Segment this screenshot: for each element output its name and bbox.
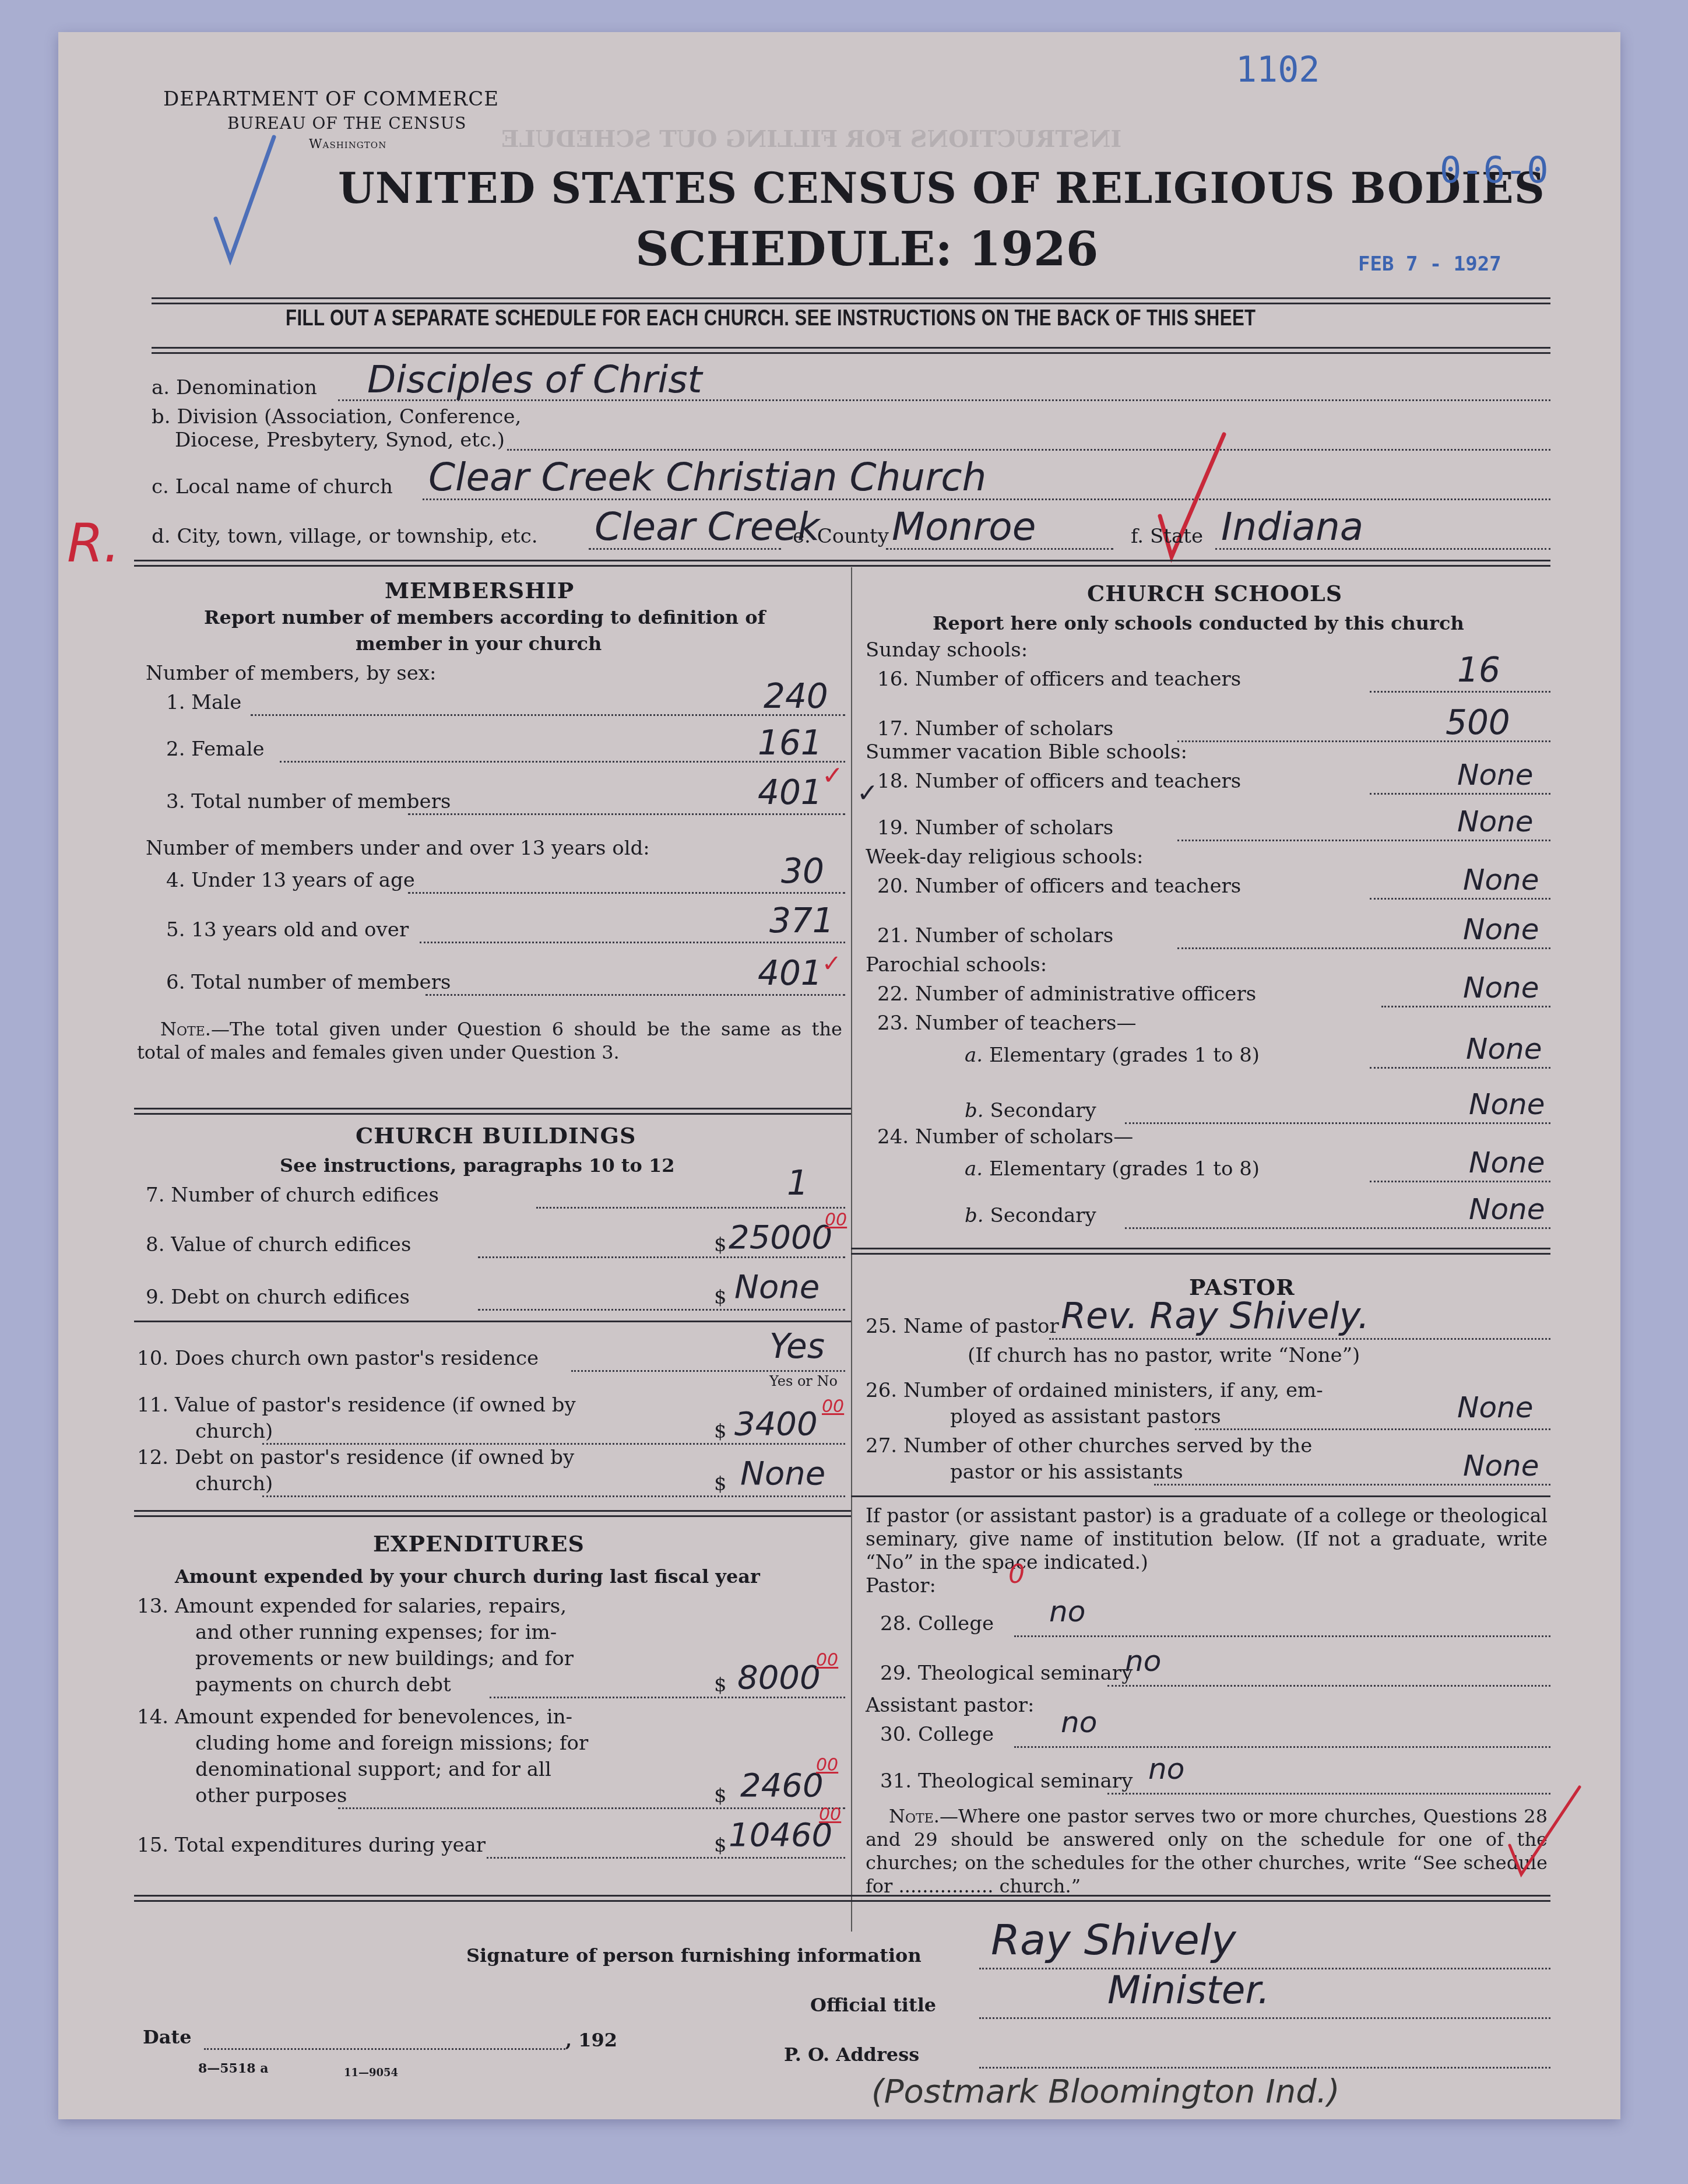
assistant-subgroup-label: Assistant pastor: bbox=[866, 1694, 1034, 1717]
dollar-sign: $ bbox=[714, 1286, 727, 1309]
note-prefix: Note. bbox=[866, 1805, 940, 1827]
answer-line bbox=[1125, 1122, 1550, 1124]
q-number: b. bbox=[965, 1099, 984, 1122]
answer-line bbox=[262, 1495, 845, 1497]
q-label: Debt on church edifices bbox=[171, 1286, 410, 1309]
cents-mark: 00 bbox=[825, 1210, 847, 1230]
q-label-cont: church) bbox=[195, 1472, 273, 1495]
po-address-field[interactable] bbox=[979, 2067, 1550, 2069]
edifices-count-field[interactable]: 1 bbox=[787, 1163, 808, 1203]
answer-line bbox=[1195, 1428, 1550, 1430]
q26-label: 26. Number of ordained ministers, if any… bbox=[866, 1379, 1323, 1402]
q-label: Female bbox=[191, 738, 264, 761]
q-label: Elementary (grades 1 to 8) bbox=[989, 1157, 1260, 1181]
q-label: Number of administrative officers bbox=[915, 982, 1256, 1006]
schools-heading: CHURCH SCHOOLS bbox=[1087, 580, 1342, 606]
q-label: Debt on pastor's residence (if owned by bbox=[175, 1446, 574, 1469]
pastor-note: Note.—Where one pastor serves two or mor… bbox=[866, 1804, 1548, 1898]
other-churches-field[interactable]: None bbox=[1463, 1449, 1539, 1483]
weekday-schools-label: Week-day religious schools: bbox=[866, 845, 1143, 869]
q26-label-2: ployed as assistant pastors bbox=[950, 1405, 1221, 1428]
q-label: Number of teachers— bbox=[915, 1012, 1137, 1035]
answer-line bbox=[1370, 793, 1550, 795]
school-row-24: 24. Number of scholars— bbox=[877, 1125, 1133, 1149]
q-number: 19. bbox=[877, 816, 909, 840]
divider bbox=[152, 347, 1550, 349]
note-prefix: Note. bbox=[137, 1018, 211, 1040]
signature-label: Signature of person furnishing informati… bbox=[466, 1944, 922, 1967]
edifice-debt-field[interactable]: None bbox=[734, 1268, 820, 1306]
answer-line bbox=[1370, 1067, 1550, 1069]
yes-no-hint: Yes or No bbox=[769, 1373, 838, 1389]
local-name-field[interactable]: Clear Creek Christian Church bbox=[428, 455, 986, 500]
q-label: Number of scholars bbox=[915, 924, 1113, 947]
q-number: 24. bbox=[877, 1125, 909, 1149]
q-number: 21. bbox=[877, 924, 909, 947]
q-label: Elementary (grades 1 to 8) bbox=[989, 1044, 1260, 1067]
cents-mark: 00 bbox=[816, 1650, 838, 1670]
red-check-icon: ✓ bbox=[822, 761, 843, 791]
answer-line bbox=[251, 714, 845, 716]
state-field[interactable]: Indiana bbox=[1221, 504, 1363, 549]
q-label: Number of church edifices bbox=[171, 1184, 439, 1207]
county-label: e. County bbox=[793, 525, 889, 548]
q-number: 14. bbox=[137, 1705, 168, 1729]
q-number: 4. bbox=[166, 869, 185, 892]
running-expenses-field[interactable]: 8000 bbox=[737, 1659, 821, 1697]
graduate-instructions: If pastor (or assistant pastor) is a gra… bbox=[866, 1504, 1548, 1574]
q-label: 13 years old and over bbox=[191, 918, 409, 942]
bureau-name: BUREAU OF THE CENSUS bbox=[227, 114, 466, 133]
divider bbox=[134, 1895, 1550, 1897]
q-label-cont: provements or new buildings; and for bbox=[195, 1647, 574, 1670]
check-icon: ✓ bbox=[857, 778, 878, 808]
membership-heading: MEMBERSHIP bbox=[385, 577, 574, 603]
edifice-value-field[interactable]: 25000 bbox=[729, 1219, 832, 1256]
divider bbox=[851, 1248, 1550, 1249]
census-schedule-sheet: INSTRUCTIONS FOR FILLING OUT SCHEDULE DE… bbox=[58, 32, 1620, 2119]
total-members-field[interactable]: 401 bbox=[758, 773, 822, 812]
red-margin-mark: R. bbox=[67, 513, 120, 574]
teachers-secondary-field[interactable]: None bbox=[1469, 1087, 1545, 1121]
membership-subheading: Report number of members according to de… bbox=[204, 606, 765, 628]
total-expenditures-field[interactable]: 10460 bbox=[729, 1816, 832, 1854]
q-label-cont: and other running expenses; for im- bbox=[195, 1621, 557, 1644]
code-stamp: 0-6-0 bbox=[1440, 149, 1549, 191]
q-number: 15. bbox=[137, 1834, 168, 1857]
answer-line bbox=[478, 1256, 845, 1258]
q-label: Number of officers and teachers bbox=[915, 875, 1241, 898]
q-number: 6. bbox=[166, 971, 185, 994]
sunday-teachers-field[interactable]: 16 bbox=[1457, 650, 1500, 690]
division-label: b. Division (Association, Conference, bbox=[152, 405, 521, 429]
q-label: Does church own pastor's residence bbox=[175, 1347, 539, 1370]
buildings-subheading: See instructions, paragraphs 10 to 12 bbox=[280, 1154, 675, 1177]
q-number: 10. bbox=[137, 1347, 168, 1370]
q-number: 3. bbox=[166, 790, 185, 813]
dollar-sign: $ bbox=[714, 1784, 727, 1807]
q-label: Value of pastor's residence (if owned by bbox=[175, 1393, 576, 1417]
members-by-sex-label: Number of members, by sex: bbox=[146, 662, 436, 685]
divider bbox=[152, 297, 1550, 299]
q-number: 12. bbox=[137, 1446, 168, 1469]
teachers-elementary-field[interactable]: None bbox=[1466, 1032, 1542, 1066]
note-text: —Where one pastor serves two or more chu… bbox=[866, 1805, 1548, 1897]
q-label: Total number of members bbox=[191, 790, 451, 813]
q-number: a. bbox=[965, 1044, 983, 1067]
red-zero-mark: 0 bbox=[1008, 1560, 1025, 1589]
answer-line bbox=[1370, 1181, 1550, 1182]
official-title-field[interactable]: Minister. bbox=[1107, 1968, 1269, 2013]
q-label: Male bbox=[191, 691, 241, 714]
instruction-banner: FILL OUT A SEPARATE SCHEDULE FOR EACH CH… bbox=[286, 306, 1256, 331]
city-name: Washington bbox=[309, 137, 386, 152]
pastor-name-hint: (If church has no pastor, write “None”) bbox=[968, 1344, 1360, 1367]
q-number: 11. bbox=[137, 1393, 168, 1417]
answer-line bbox=[338, 1807, 845, 1809]
weekday-teachers-field[interactable]: None bbox=[1463, 863, 1539, 897]
sunday-scholars-field[interactable]: 500 bbox=[1446, 703, 1510, 742]
q-number: 16. bbox=[877, 668, 909, 691]
residence-value-field[interactable]: 3400 bbox=[734, 1405, 818, 1443]
q-number: 13. bbox=[137, 1595, 168, 1618]
q-number: 17. bbox=[877, 717, 909, 740]
sunday-schools-label: Sunday schools: bbox=[866, 638, 1028, 662]
city-field[interactable]: Clear Creek bbox=[595, 504, 820, 549]
owns-residence-field[interactable]: Yes bbox=[769, 1326, 825, 1366]
q-label: Amount expended for salaries, repairs, bbox=[175, 1595, 567, 1618]
answer-line bbox=[1381, 1006, 1550, 1007]
form-title: UNITED STATES CENSUS OF RELIGIOUS BODIES bbox=[338, 163, 1545, 213]
q-number: 20. bbox=[877, 875, 909, 898]
q-number: a. bbox=[965, 1157, 983, 1181]
answer-line bbox=[408, 813, 845, 815]
q-number: 1. bbox=[166, 691, 185, 714]
q-label-cont: other purposes bbox=[195, 1784, 347, 1807]
q-label: Secondary bbox=[990, 1099, 1096, 1122]
q-label: Number of scholars bbox=[915, 717, 1113, 740]
q-label: Total number of members bbox=[191, 971, 451, 994]
pastor-subgroup-label: Pastor: bbox=[866, 1574, 936, 1597]
assistant-seminary-field[interactable]: no bbox=[1148, 1752, 1184, 1786]
answer-line bbox=[490, 1697, 845, 1698]
answer-line bbox=[1370, 691, 1550, 693]
cents-mark: 00 bbox=[819, 1804, 841, 1825]
answer-line bbox=[1177, 840, 1550, 841]
answer-line bbox=[1014, 1746, 1550, 1748]
pastor-name-label: 25. Name of pastor bbox=[866, 1315, 1059, 1338]
q27-label: 27. Number of other churches served by t… bbox=[866, 1434, 1312, 1458]
membership-subheading-2: member in your church bbox=[356, 633, 602, 655]
q-number: 9. bbox=[146, 1286, 164, 1309]
answer-line bbox=[420, 942, 845, 943]
q-number: b. bbox=[965, 1204, 984, 1227]
q-number: 2. bbox=[166, 738, 185, 761]
q-number: 23. bbox=[877, 1012, 909, 1035]
male-count-field[interactable]: 240 bbox=[764, 676, 828, 716]
assistant-college-field[interactable]: no bbox=[1061, 1705, 1097, 1739]
bleed-through-text: INSTRUCTIONS FOR FILLING OUT SCHEDULE bbox=[501, 125, 1121, 153]
answer-line bbox=[408, 892, 845, 894]
denomination-field[interactable]: Disciples of Christ bbox=[367, 359, 702, 402]
note-text: —The total given under Question 6 should… bbox=[137, 1018, 842, 1063]
division-field[interactable] bbox=[507, 449, 1550, 451]
column-divider bbox=[851, 567, 852, 1932]
residence-debt-field[interactable]: None bbox=[740, 1455, 825, 1493]
q27-label-2: pastor or his assistants bbox=[950, 1460, 1183, 1484]
benevolences-field[interactable]: 2460 bbox=[740, 1767, 824, 1804]
under-13-field[interactable]: 30 bbox=[781, 851, 824, 891]
weekday-scholars-field[interactable]: None bbox=[1463, 912, 1539, 946]
dollar-sign: $ bbox=[714, 1472, 727, 1495]
local-name-label: c. Local name of church bbox=[152, 475, 393, 498]
q-number: 8. bbox=[146, 1233, 164, 1256]
department-name: DEPARTMENT OF COMMERCE bbox=[163, 87, 499, 111]
13-and-over-field[interactable]: 371 bbox=[769, 901, 834, 940]
official-title-label: Official title bbox=[810, 1994, 936, 2016]
answer-line bbox=[1107, 1793, 1550, 1795]
summer-scholars-field[interactable]: None bbox=[1457, 805, 1533, 838]
pastor-college-field[interactable]: no bbox=[1049, 1595, 1085, 1628]
q-label: Number of officers and teachers bbox=[915, 668, 1241, 691]
serial-number-stamp: 1102 bbox=[1236, 50, 1320, 90]
divider bbox=[134, 1510, 851, 1512]
po-address-label: P. O. Address bbox=[784, 2043, 919, 2066]
expenditures-heading: EXPENDITURES bbox=[373, 1530, 585, 1557]
answer-line bbox=[1107, 1685, 1550, 1687]
q28-label: 28. College bbox=[880, 1612, 994, 1635]
q-label: Number of scholars— bbox=[915, 1125, 1133, 1149]
q-label-cont: church) bbox=[195, 1420, 273, 1443]
answer-line bbox=[979, 2017, 1550, 2019]
divider bbox=[134, 560, 1550, 561]
blue-checkmark-icon bbox=[204, 131, 286, 271]
date-label: Date bbox=[143, 2026, 192, 2048]
q-label-cont: cluding home and foreign missions; for bbox=[195, 1732, 588, 1755]
state-label: f. State bbox=[1131, 525, 1203, 548]
denomination-label: a. Denomination bbox=[152, 376, 317, 399]
q-label-cont: payments on church debt bbox=[195, 1673, 451, 1697]
parochial-schools-label: Parochial schools: bbox=[866, 953, 1047, 977]
q-number: 22. bbox=[877, 982, 909, 1006]
q30-label: 30. College bbox=[880, 1723, 994, 1746]
q-label: Under 13 years of age bbox=[191, 869, 415, 892]
female-count-field[interactable]: 161 bbox=[758, 723, 822, 763]
expenditures-subheading: Amount expended by your church during la… bbox=[175, 1565, 760, 1588]
divider bbox=[134, 1108, 851, 1109]
answer-line bbox=[478, 1309, 845, 1311]
q-label-cont: denominational support; and for all bbox=[195, 1758, 551, 1781]
total-members-2-field[interactable]: 401 bbox=[758, 953, 822, 993]
date-year-suffix: , 192 bbox=[565, 2029, 617, 2051]
postmark-note: (Postmark Bloomington Ind.) bbox=[871, 2073, 1340, 2111]
print-number: 11—9054 bbox=[344, 2067, 398, 2079]
city-label: d. City, town, village, or township, etc… bbox=[152, 525, 538, 548]
cents-mark: 00 bbox=[816, 1755, 838, 1775]
red-check-icon: ✓ bbox=[822, 950, 842, 977]
cents-mark: 00 bbox=[822, 1396, 844, 1417]
summer-schools-label: Summer vacation Bible schools: bbox=[866, 740, 1187, 764]
answer-line bbox=[1049, 1338, 1550, 1340]
red-checkmark-icon bbox=[1504, 1781, 1585, 1880]
members-by-age-label: Number of members under and over 13 year… bbox=[146, 837, 650, 860]
received-date-stamp: FEB 7 - 1927 bbox=[1358, 252, 1501, 276]
q-label: Amount expended for benevolences, in- bbox=[175, 1705, 572, 1729]
q-label: Value of church edifices bbox=[171, 1233, 411, 1256]
schools-subheading: Report here only schools conducted by th… bbox=[933, 612, 1464, 634]
scholars-secondary-field[interactable]: None bbox=[1469, 1192, 1545, 1226]
dollar-sign: $ bbox=[714, 1233, 727, 1256]
signature-field[interactable]: Ray Shively bbox=[991, 1915, 1236, 1964]
date-field[interactable] bbox=[204, 2048, 565, 2050]
answer-line bbox=[1125, 1227, 1550, 1229]
q-label: Number of officers and teachers bbox=[915, 770, 1241, 793]
q-label: Total expenditures during year bbox=[175, 1834, 486, 1857]
answer-line bbox=[536, 1207, 845, 1209]
answer-line bbox=[487, 1857, 845, 1859]
dollar-sign: $ bbox=[714, 1834, 727, 1857]
answer-line bbox=[1370, 898, 1550, 900]
school-row-23: 23. Number of teachers— bbox=[877, 1012, 1136, 1035]
q-number: 7. bbox=[146, 1184, 164, 1207]
q-number: 5. bbox=[166, 918, 185, 942]
assistant-ministers-field[interactable]: None bbox=[1457, 1391, 1533, 1424]
q31-label: 31. Theological seminary bbox=[880, 1769, 1133, 1793]
q29-label: 29. Theological seminary bbox=[880, 1662, 1133, 1685]
schedule-year: SCHEDULE: 1926 bbox=[635, 222, 1098, 276]
q-number: 18. bbox=[877, 770, 909, 793]
q-label: Number of scholars bbox=[915, 816, 1113, 840]
q-label: Secondary bbox=[990, 1204, 1096, 1227]
divider bbox=[851, 1495, 1550, 1497]
answer-line bbox=[262, 1443, 845, 1445]
dollar-sign: $ bbox=[714, 1420, 727, 1443]
pastor-seminary-field[interactable]: no bbox=[1125, 1644, 1161, 1678]
form-number: 8—5518 a bbox=[198, 2061, 268, 2076]
answer-line bbox=[1177, 947, 1550, 949]
summer-teachers-field[interactable]: None bbox=[1457, 758, 1533, 792]
membership-note: Note.—The total given under Question 6 s… bbox=[137, 1017, 842, 1064]
admin-officers-field[interactable]: None bbox=[1463, 971, 1539, 1005]
pastor-name-field[interactable]: Rev. Ray Shively. bbox=[1061, 1294, 1369, 1337]
scholars-elementary-field[interactable]: None bbox=[1469, 1146, 1545, 1179]
buildings-heading: CHURCH BUILDINGS bbox=[356, 1122, 636, 1149]
county-field[interactable]: Monroe bbox=[892, 504, 1036, 549]
answer-line bbox=[425, 994, 845, 996]
divider bbox=[134, 1321, 851, 1322]
answer-line bbox=[571, 1370, 845, 1372]
dollar-sign: $ bbox=[714, 1673, 727, 1697]
answer-line bbox=[1154, 1484, 1550, 1486]
answer-line bbox=[1014, 1635, 1550, 1637]
division-label-2: Diocese, Presbytery, Synod, etc.) bbox=[175, 429, 505, 452]
